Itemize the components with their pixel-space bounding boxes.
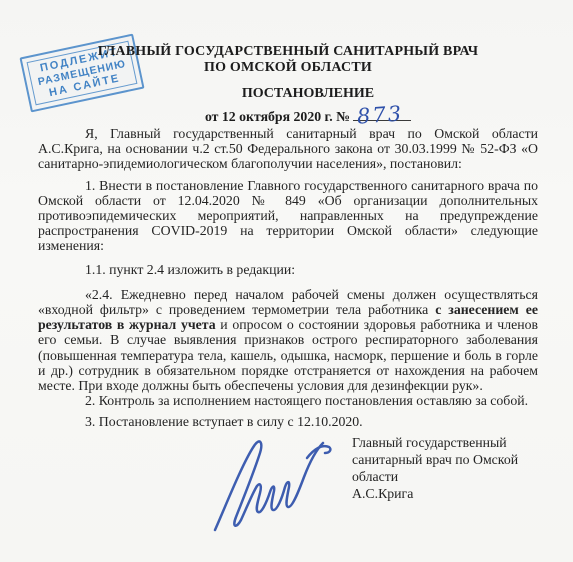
document-page: ПОДЛЕЖИТ РАЗМЕЩЕНИЮ НА САЙТЕ ГЛАВНЫЙ ГОС…: [0, 0, 573, 562]
date-prefix: от 12 октября 2020 г. №: [205, 109, 350, 124]
org-name-line1: ГЛАВНЫЙ ГОСУДАРСТВЕННЫЙ САНИТАРНЫЙ ВРАЧ: [38, 44, 538, 60]
signature-scribble: [208, 436, 346, 538]
paragraph-item-3: 3. Постановление вступает в силу с 12.10…: [38, 414, 538, 429]
paragraph-item-1: 1. Внести в постановление Главного госуд…: [38, 178, 538, 254]
document-number-handwritten: 873: [357, 106, 404, 123]
paragraph-preamble: Я, Главный государственный санитарный вр…: [38, 126, 538, 172]
paragraph-item-2-4: «2.4. Ежедневно перед началом рабочей см…: [38, 287, 538, 393]
date-number-line: от 12 октября 2020 г. №873: [58, 105, 558, 124]
paragraph-item-2: 2. Контроль за исполнением настоящего по…: [38, 393, 538, 408]
signatory-title-line1: Главный государственный: [352, 434, 562, 451]
document-type-title: ПОСТАНОВЛЕНИЕ: [58, 87, 558, 101]
org-header: ГЛАВНЫЙ ГОСУДАРСТВЕННЫЙ САНИТАРНЫЙ ВРАЧ …: [38, 44, 538, 76]
signatory-title-line2: санитарный врач по Омской области: [352, 451, 562, 485]
signatory-block: Главный государственный санитарный врач …: [352, 434, 562, 502]
paragraph-item-1-1: 1.1. пункт 2.4 изложить в редакции:: [38, 262, 538, 277]
title-block: ПОСТАНОВЛЕНИЕ от 12 октября 2020 г. №873: [58, 87, 558, 124]
signatory-name: А.С.Крига: [352, 485, 562, 502]
number-underline: 873: [353, 105, 411, 121]
document-body: Я, Главный государственный санитарный вр…: [38, 126, 538, 430]
org-name-line2: ПО ОМСКОЙ ОБЛАСТИ: [38, 60, 538, 76]
